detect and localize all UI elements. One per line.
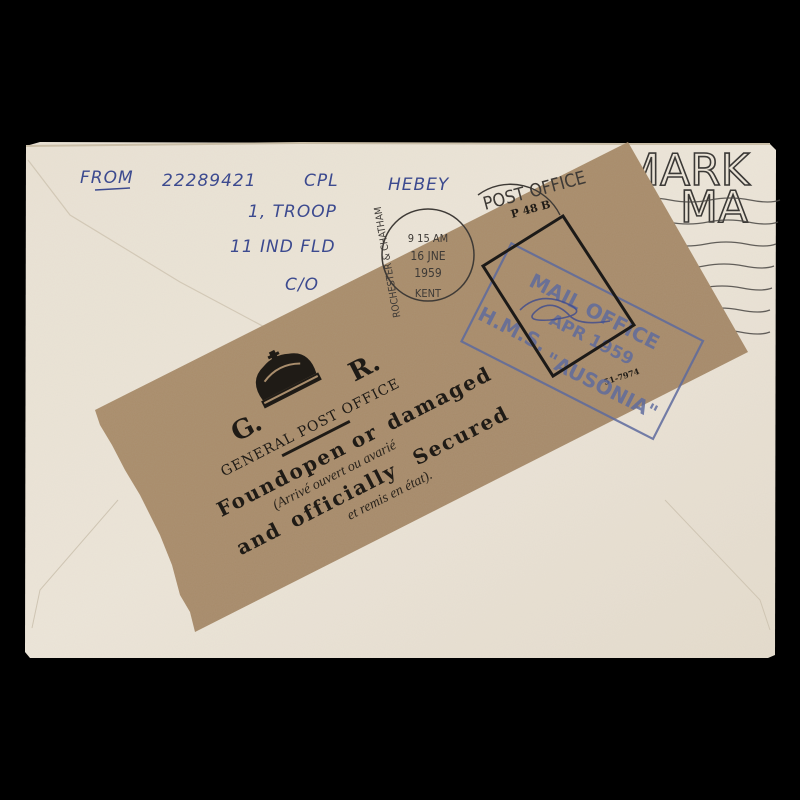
slogan-line2: MA [680,182,748,233]
sender-line-troop: 1, TROOP [248,202,337,222]
postmark-time: 9 15 AM [408,232,448,245]
sender-line-unit: 11 IND FLD [230,237,336,257]
postmark-date: 16 JNE [410,249,445,263]
sender-name: HEBEY [388,175,450,195]
sender-from: FROM [80,168,134,188]
sender-service-number: 22289421 [162,171,257,191]
envelope-canvas: FROM 22289421 CPL HEBEY 1, TROOP 11 IND … [0,0,800,800]
sender-rank: CPL [304,171,339,191]
sender-line-co: C/O [285,275,319,295]
postmark-county: KENT [415,287,442,300]
postmark-year: 1959 [414,266,442,280]
envelope-scene: FROM 22289421 CPL HEBEY 1, TROOP 11 IND … [0,0,800,800]
